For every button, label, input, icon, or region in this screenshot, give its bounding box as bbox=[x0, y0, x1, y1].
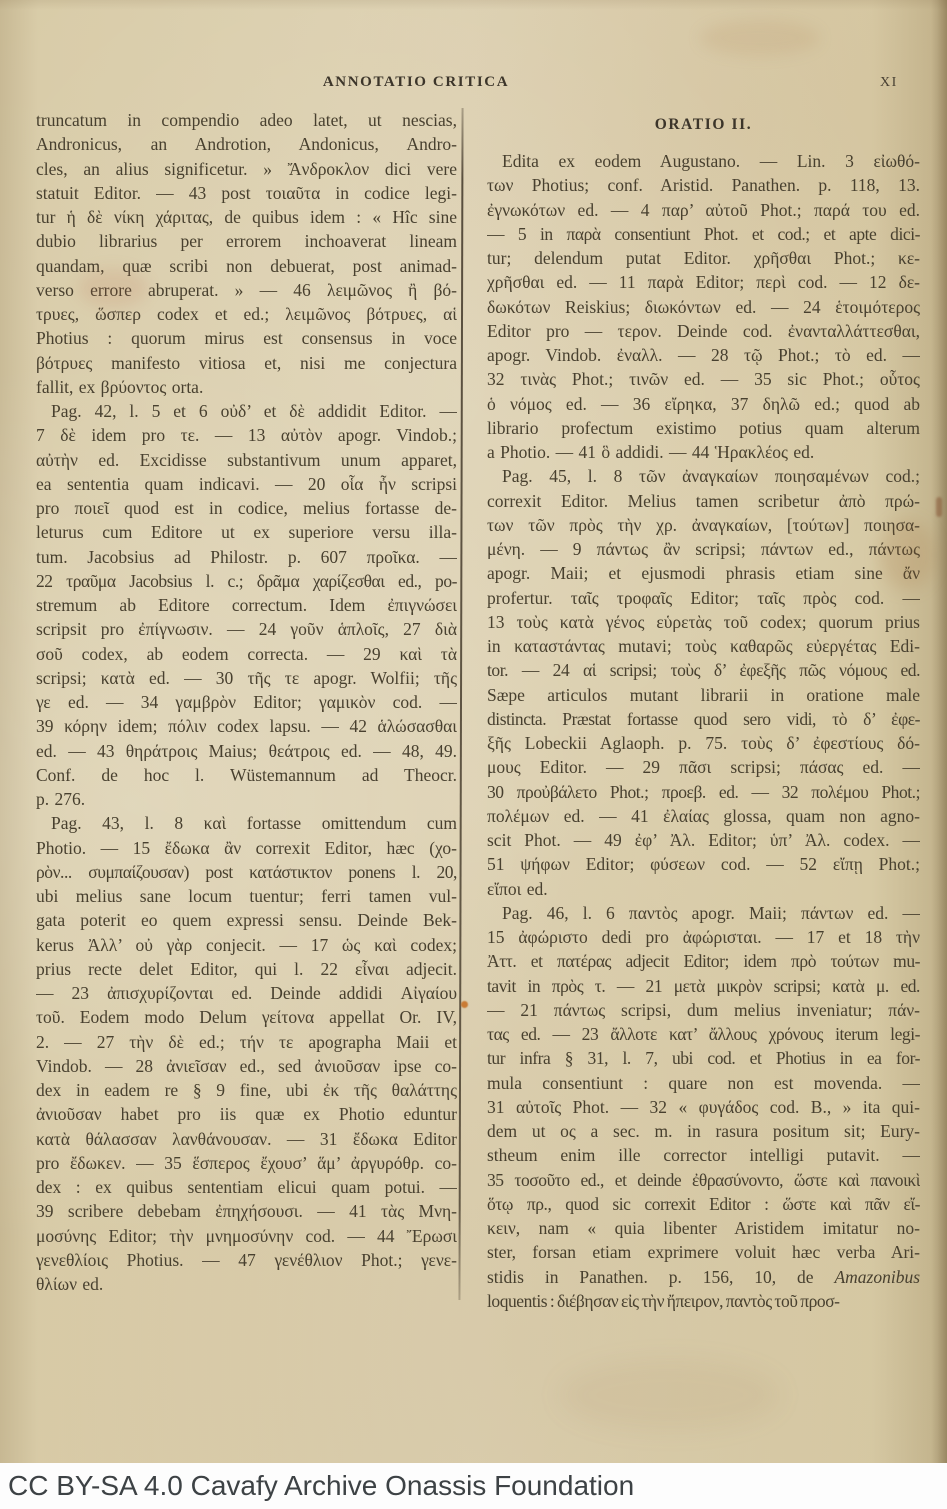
text-line: scripsit pro ἐπίγνωσιν. — 24 γοῦν ἁπλοῖς… bbox=[36, 617, 457, 641]
text-paragraph: Pag. 43, l. 8 καὶ fortasse omittendum cu… bbox=[36, 811, 457, 1296]
text-paragraph: Pag. 42, l. 5 et 6 οὐδ’ et δὲ addidit Ed… bbox=[36, 399, 457, 811]
text-line: in καταστάντας mutavi; τοὺς καθαρῶς εὐερ… bbox=[487, 634, 920, 658]
text-line: kerus Ἀλλ’ οὐ γὰρ conjecit. — 17 ὡς καὶ … bbox=[36, 933, 457, 957]
text-line: pro ποιεῖ quod est in codice, melius for… bbox=[36, 496, 457, 520]
text-line: 31 αὐτοῖς Phot. — 32 « φυγάδος cod. B., … bbox=[487, 1095, 920, 1119]
text-line: loquentis : διέβησαν εἰς τὴν ἤπειρον, πα… bbox=[487, 1289, 920, 1313]
text-line: correxit Editor. Melius tamen scribetur … bbox=[487, 489, 920, 513]
text-line: Vindob. — 28 ἀνιεῖσαν ed., sed ἀνιοῦσαν … bbox=[36, 1054, 457, 1078]
text-line: Ἀττ. et πατέρας adjecit Editor; idem πρὸ… bbox=[487, 949, 920, 973]
text-line: 30 προὐβάλετο Phot.; προεβ. ed. — 32 πολ… bbox=[487, 780, 920, 804]
text-line: dem ut ος a sec. m. in rasura positum si… bbox=[487, 1119, 920, 1143]
text-line: Photius : quorum mirus est consensus in … bbox=[36, 326, 457, 350]
text-line: ἀνιοῦσαν habet pro iis quæ ex Photio edu… bbox=[36, 1102, 457, 1126]
text-line: statuit Editor. — 43 post τοιαῦτα in cod… bbox=[36, 181, 457, 205]
text-line: 39 κόρην idem; πόλιν codex lapsu. — 42 ἁ… bbox=[36, 714, 457, 738]
text-line: scripsi; κατὰ ed. — 30 τῆς τε apogr. Wol… bbox=[36, 666, 457, 690]
text-line: 35 τοσοῦτο ed., et deinde ἐθρασύνοντο, ὥ… bbox=[487, 1168, 920, 1192]
text-line: dubio librarius per errorem inchoaverat … bbox=[36, 229, 457, 253]
page-number: XI bbox=[880, 75, 920, 91]
text-line: tum. Jacobsius ad Philostr. p. 607 προῖκ… bbox=[36, 545, 457, 569]
text-line: Pag. 46, l. 6 παντὸς apogr. Maii; πάντων… bbox=[487, 901, 920, 925]
text-paragraph: Pag. 46, l. 6 παντὸς apogr. Maii; πάντων… bbox=[487, 901, 920, 1313]
text-line: ster, forsan etiam exprimere voluit hæc … bbox=[487, 1240, 920, 1264]
text-line: librario profectum existimo potius quam … bbox=[487, 416, 920, 440]
text-line: τοῦ. Eodem modo Delum γείτονα appellat O… bbox=[36, 1005, 457, 1029]
text-line: 13 τοὺς κατὰ γένος εὑρετὰς τοῦ codex; qu… bbox=[487, 610, 920, 634]
text-line: Conf. de hoc l. Wüstemannum ad Theocr. bbox=[36, 763, 457, 787]
text-line: tor. — 24 αἱ scripsi; τοὺς δ’ ἐφεξῆς πῶς… bbox=[487, 658, 920, 682]
text-line: stheum enim ille corrector intelligi put… bbox=[487, 1143, 920, 1167]
text-line: ὁ νόμος ed. — 36 εἴρηκα, 37 δηλῶ ed.; qu… bbox=[487, 392, 920, 416]
text-line: 39 scribere debebam ἐπηχήσουσι. — 41 τὰς… bbox=[36, 1199, 457, 1223]
text-line: cles, an alius significetur. » Ἄνδροκλον… bbox=[36, 157, 457, 181]
text-line: p. 276. bbox=[36, 787, 457, 811]
text-line: 7 δὲ idem pro τε. — 13 αὐτὸν apogr. Vind… bbox=[36, 423, 457, 447]
text-line: μοσύνης Editor; τὴν μνημοσύνην cod. — 44… bbox=[36, 1224, 457, 1248]
text-line: profertur. ταῖς τροφαῖς Editor; ταῖς πρὸ… bbox=[487, 586, 920, 610]
text-line: Photio. — 15 ἔδωκα ἂν correxit Editor, h… bbox=[36, 836, 457, 860]
text-line: truncatum in compendio adeo latet, ut ne… bbox=[36, 108, 457, 132]
text-line: γε ed. — 34 γαμβρὸν Editor; γαμικὸν cod.… bbox=[36, 690, 457, 714]
text-paragraph: Edita ex eodem Augustano. — Lin. 3 εἰωθό… bbox=[487, 149, 920, 464]
text-line: ρὸν... συμπαίζουσαν) post κατάστικτον po… bbox=[36, 860, 457, 884]
text-line: 22 τραῦμα Jacobsius l. c.; δρᾶμα χαρίζεσ… bbox=[36, 569, 457, 593]
text-line: μένη. — 9 πάντως ἂν scripsi; πάντων ed.,… bbox=[487, 537, 920, 561]
text-line: των Photius; conf. Aristid. Panathen. p.… bbox=[487, 173, 920, 197]
text-line: τρυες, ὥσπερ codex et ed.; λειμῶνος βότρ… bbox=[36, 302, 457, 326]
text-line: 32 τινὰς Phot.; τινῶν ed. — 35 sic Phot.… bbox=[487, 367, 920, 391]
text-line: ed. — 43 θηράτροις Maius; θεάτροις ed. —… bbox=[36, 739, 457, 763]
section-heading: ORATIO II. bbox=[487, 108, 920, 149]
text-line: — 5 in παρὰ consentiunt Phot. et cod.; e… bbox=[487, 222, 920, 246]
text-line: distincta. Præstat fortasse quod sero vi… bbox=[487, 707, 920, 731]
text-line: tur ἡ δὲ νίκη χάριτας, de quibus idem : … bbox=[36, 205, 457, 229]
text-line: χρῆσθαι ed. — 11 παρὰ Editor; περὶ cod. … bbox=[487, 270, 920, 294]
text-line: Pag. 42, l. 5 et 6 οὐδ’ et δὲ addidit Ed… bbox=[36, 399, 457, 423]
text-line: αὐτὴν ed. Excidisse substantivum unum ap… bbox=[36, 448, 457, 472]
text-line: dex in eadem re § 9 fine, ubi ἐκ τῆς θαλ… bbox=[36, 1078, 457, 1102]
page-right-edge-shadow bbox=[931, 0, 947, 1463]
text-line: ubi melius sane locum tuentur; ferri tam… bbox=[36, 884, 457, 908]
text-line: prius recte delet Editor, qui l. 22 εἶνα… bbox=[36, 957, 457, 981]
text-line: Andronicus, an Androtion, Andonicus, And… bbox=[36, 132, 457, 156]
text-line: Edita ex eodem Augustano. — Lin. 3 εἰωθό… bbox=[487, 149, 920, 173]
text-line: κειν, nam « quia libenter Aristidem imit… bbox=[487, 1216, 920, 1240]
text-line: Pag. 43, l. 8 καὶ fortasse omittendum cu… bbox=[36, 811, 457, 835]
text-line: stremum ab Editore correctum. Idem ἐπιγν… bbox=[36, 593, 457, 617]
text-line: 2. — 27 τὴν δὲ ed.; τήν τε apographa Mai… bbox=[36, 1030, 457, 1054]
text-paragraph: Pag. 45, l. 8 τῶν ἀναγκαίων ποιησαμένων … bbox=[487, 464, 920, 901]
text-line: scit Phot. — 49 ἐφ’ Ἀλ. Editor; ὑπ’ Ἀλ. … bbox=[487, 828, 920, 852]
text-line: τας ed. — 23 ἄλλοτε κατ’ ἄλλους χρόνους … bbox=[487, 1022, 920, 1046]
text-line: 15 ἀφώριστο dedi pro ἀφώρισται. — 17 et … bbox=[487, 925, 920, 949]
text-line: σοῦ codex, ab eodem correcta. — 29 καὶ τ… bbox=[36, 642, 457, 666]
text-line: ἐγνωκότων ed. — 4 παρ’ αὐτοῦ Phot.; παρά… bbox=[487, 198, 920, 222]
text-line: κατὰ θάλασσαν λανθάνουσαν. — 31 ἔδωκα Ed… bbox=[36, 1127, 457, 1151]
text-line: δωκότων Reiskius; διωκόντων ed. — 24 ἑτο… bbox=[487, 295, 920, 319]
running-head-title: ANNOTATIO CRITICA bbox=[321, 74, 511, 91]
text-line: Sæpe articulos mutant librarii in oratio… bbox=[487, 683, 920, 707]
license-text: CC BY-SA 4.0 Cavafy Archive Onassis Foun… bbox=[0, 1463, 634, 1509]
text-paragraph: truncatum in compendio adeo latet, ut ne… bbox=[36, 108, 457, 399]
text-line: ξῆς Lobeckii Aglaoph. p. 75. τοὺς δ’ ἐφε… bbox=[487, 731, 920, 755]
text-column-left: truncatum in compendio adeo latet, ut ne… bbox=[36, 108, 457, 1296]
text-line: πολέμων ed. — 41 ἐλαίας glossa, quam non… bbox=[487, 804, 920, 828]
text-line: ὅτῳ πρ., quod sic correxit Editor : ὥστε… bbox=[487, 1192, 920, 1216]
text-line: quandam, quæ scribi non debuerat, post a… bbox=[36, 254, 457, 278]
text-line: apogr. Vindob. ἐναλλ. — 28 τῷ Phot.; τὸ … bbox=[487, 343, 920, 367]
text-line: stidis in Panathen. p. 156, 10, de Amazo… bbox=[487, 1265, 920, 1289]
text-line: apogr. Maii; et ejusmodi phrasis etiam s… bbox=[487, 561, 920, 585]
text-line: fallit, ex βρύοντος orta. bbox=[36, 375, 457, 399]
text-line: a Photio. — 41 ὃ addidi. — 44 Ἡρακλέος e… bbox=[487, 440, 920, 464]
page-top-edge-shadow bbox=[0, 0, 947, 10]
text-line: tavit in πρὸς τ. — 21 μετὰ μικρὸν scrips… bbox=[487, 974, 920, 998]
text-line: — 21 πάντως scripsi, dum melius inveniat… bbox=[487, 998, 920, 1022]
text-line: dex : ex quibus sententiam elicui quam p… bbox=[36, 1175, 457, 1199]
text-line: pro ἔδωκεν. — 35 ἕσπερος ἔχουσ’ ἅμ’ ἀργυ… bbox=[36, 1151, 457, 1175]
text-line: Pag. 45, l. 8 τῶν ἀναγκαίων ποιησαμένων … bbox=[487, 464, 920, 488]
text-line: tur; delendum putat Editor. χρῆσθαι Phot… bbox=[487, 246, 920, 270]
text-line: μους Editor. — 29 πᾶσι scripsi; πάσας ed… bbox=[487, 755, 920, 779]
text-line: verso errore abruperat. » — 46 λειμῶνος … bbox=[36, 278, 457, 302]
text-line: mula consentiunt : quare non est movenda… bbox=[487, 1071, 920, 1095]
license-bar: CC BY-SA 4.0 Cavafy Archive Onassis Foun… bbox=[0, 1463, 947, 1509]
text-line: Editor pro — τερον. Deinde cod. ἐνανταλλ… bbox=[487, 319, 920, 343]
text-line: tur infra § 31, l. 7, ubi cod. et Photiu… bbox=[487, 1046, 920, 1070]
text-line: ea sententia quam indicavi. — 20 οἷα ἦν … bbox=[36, 472, 457, 496]
text-line: εἴποι ed. bbox=[487, 877, 920, 901]
text-line: θλίων ed. bbox=[36, 1272, 457, 1296]
text-line: βότρυες manifesto vitiosa et, nisi me co… bbox=[36, 351, 457, 375]
text-line: gata poterit eo quem expressi sensu. Dei… bbox=[36, 908, 457, 932]
text-line: 51 ψήφων Editor; φύσεων cod. — 52 εἴπῃ P… bbox=[487, 852, 920, 876]
text-line: — 23 ἀπισχυρίζονται ed. Deinde addidi Αἰ… bbox=[36, 981, 457, 1005]
text-line: γενεθλίοις Photius. — 47 γενέθλιον Phot.… bbox=[36, 1248, 457, 1272]
text-column-right: ORATIO II.Edita ex eodem Augustano. — Li… bbox=[487, 108, 920, 1313]
text-line: των τῶν πρὸς τὴν χρ. ἀναγκαίων, [τούτων]… bbox=[487, 513, 920, 537]
text-line: leturus cum Editore ut ex superiore vers… bbox=[36, 520, 457, 544]
book-page-scan: ANNOTATIO CRITICA XI truncatum in compen… bbox=[0, 0, 947, 1509]
